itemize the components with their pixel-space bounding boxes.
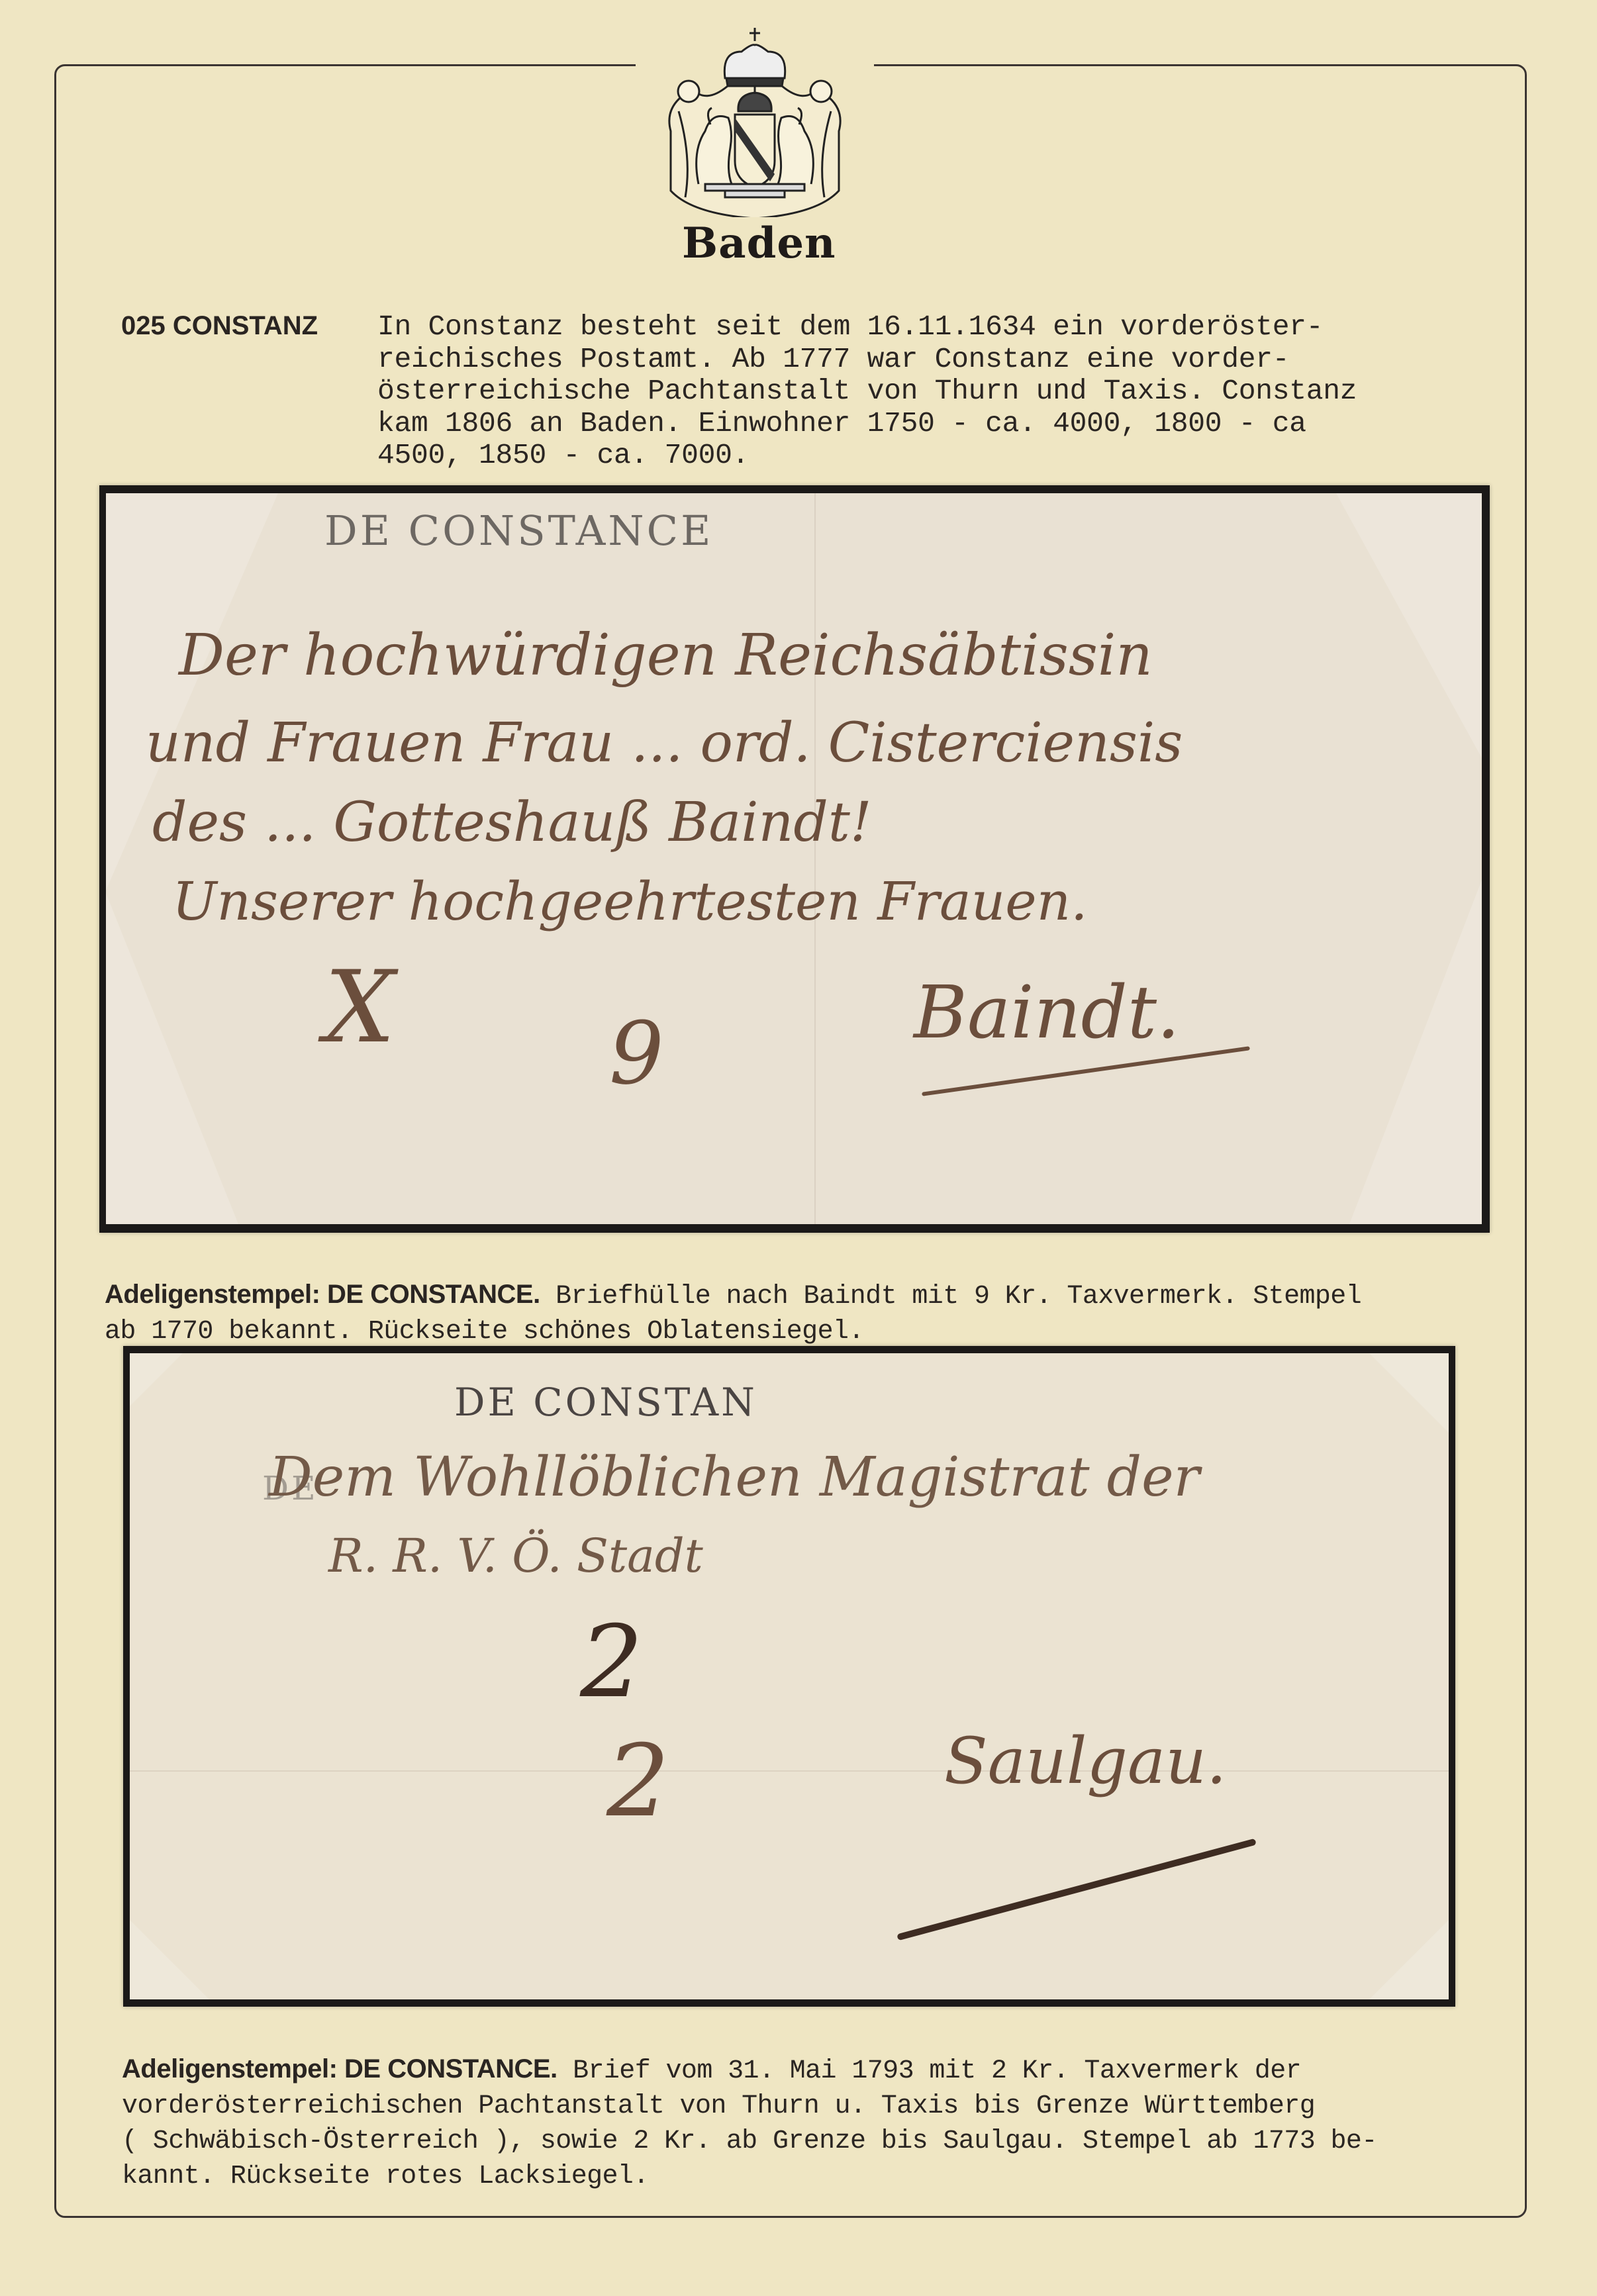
mount-corner	[1369, 1920, 1449, 1999]
tax-mark: 2	[606, 1724, 669, 1839]
caption-bold: Adeligenstempel: DE CONSTANCE.	[122, 2054, 557, 2083]
cover-1-letter: DE CONSTANCE Der hochwürdigen Reichsäbti…	[106, 493, 1482, 1224]
tax-mark: 9	[609, 1003, 664, 1104]
catalog-number: 025 CONSTANZ	[121, 311, 318, 341]
mount-corner	[1369, 1353, 1449, 1433]
address-line: Der hochwürdigen Reichsäbtissin	[179, 622, 1153, 689]
mount-corner	[1336, 493, 1482, 758]
cover-2-caption: Adeligenstempel: DE CONSTANCE. Brief vom…	[122, 2017, 1525, 2229]
address-line: und Frauen Frau ... ord. Cisterciensis	[146, 712, 1183, 775]
caption-text: ( Schwäbisch-Österreich ), sowie 2 Kr. a…	[122, 2124, 1525, 2159]
mount-corner	[130, 1920, 209, 1999]
caption-text: kannt. Rückseite rotes Lacksiegel.	[122, 2159, 1525, 2194]
intro-line: österreichische Pachtanstalt von Thurn u…	[377, 375, 1529, 408]
intro-line: In Constanz besteht seit dem 16.11.1634 …	[377, 311, 1529, 344]
intro-description: In Constanz besteht seit dem 16.11.1634 …	[377, 311, 1529, 472]
intro-line: 4500, 1850 - ca. 7000.	[377, 440, 1529, 472]
address-line: Dem Wohllöblichen Magistrat der	[269, 1446, 1200, 1509]
mount-corner	[106, 893, 238, 1224]
postmark-stamp: DE CONSTAN	[454, 1380, 757, 1425]
intro-line: kam 1806 an Baden. Einwohner 1750 - ca. …	[377, 408, 1529, 440]
address-line: R. R. V. Ö. Stadt	[328, 1529, 703, 1583]
mount-corner	[1349, 880, 1482, 1224]
fold-line	[814, 493, 816, 1224]
address-line: Unserer hochgeehrtesten Frauen.	[172, 871, 1088, 932]
page-title: Baden	[682, 218, 828, 268]
caption-text: Brief vom 31. Mai 1793 mit 2 Kr. Taxverm…	[557, 2056, 1301, 2086]
baden-coat-of-arms-icon	[652, 25, 857, 217]
tax-mark: 2	[580, 1605, 643, 1720]
cover-2-letter: DE CONSTAN DE Dem Wohllöblichen Magistra…	[130, 1353, 1449, 1999]
caption-bold: Adeligenstempel: DE CONSTANCE.	[105, 1280, 540, 1309]
mount-corner	[130, 1353, 183, 1406]
destination-town: Baindt.	[914, 970, 1180, 1055]
caption-text: Briefhülle nach Baindt mit 9 Kr. Taxverm…	[540, 1282, 1361, 1312]
destination-town: Saulgau.	[944, 1724, 1227, 1798]
tax-mark: X	[324, 950, 395, 1065]
intro-line: reichisches Postamt. Ab 1777 war Constan…	[377, 344, 1529, 376]
caption-text: vorderösterreichischen Pachtanstalt von …	[122, 2089, 1525, 2124]
fold-line	[130, 1770, 1449, 1772]
address-line: des ... Gotteshauß Baindt!	[152, 791, 872, 854]
postmark-stamp: DE CONSTANCE	[324, 506, 713, 555]
caption-text: ab 1770 bekannt. Rückseite schönes Oblat…	[105, 1314, 1508, 1349]
underline-stroke	[896, 1839, 1257, 1941]
